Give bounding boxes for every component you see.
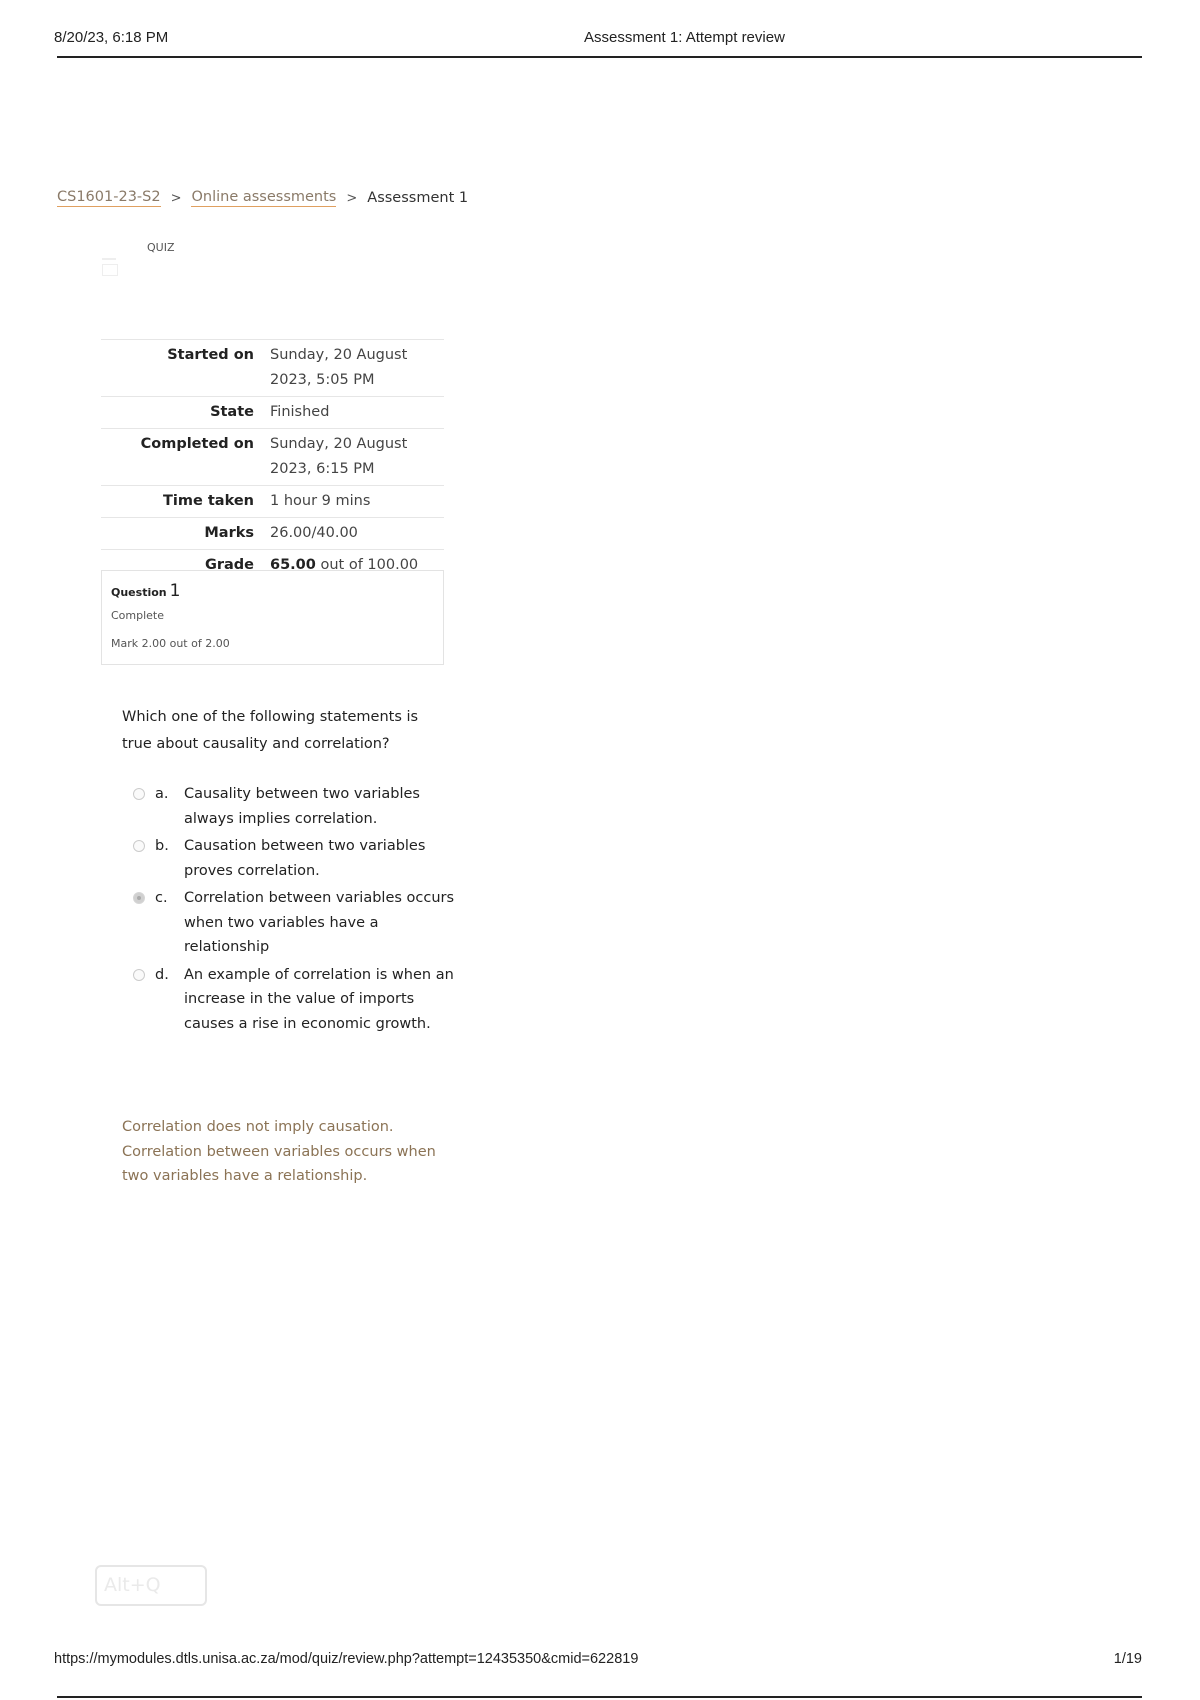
chevron-right-icon: > <box>346 191 357 206</box>
quiz-icon <box>102 258 120 278</box>
chevron-right-icon: > <box>171 191 182 206</box>
summary-value: Sunday, 20 August 2023, 5:05 PM <box>270 340 444 397</box>
answer-list: a. Causality between two variables alway… <box>130 782 460 1039</box>
answer-text: Causality between two variables always i… <box>184 786 420 827</box>
activity-type-label: QUIZ <box>147 241 175 254</box>
page-url: https://mymodules.dtls.unisa.ac.za/mod/q… <box>54 1651 638 1667</box>
question-info-box: Question1 Complete Mark 2.00 out of 2.00 <box>101 570 444 665</box>
radio-button[interactable] <box>133 788 145 800</box>
summary-label: Marks <box>101 518 270 550</box>
answer-letter: a. <box>155 782 169 807</box>
question-number: Question1 <box>111 581 180 601</box>
summary-label: Started on <box>101 340 270 397</box>
answer-letter: b. <box>155 834 169 859</box>
answer-option-a[interactable]: a. Causality between two variables alway… <box>130 782 460 831</box>
question-text: Which one of the following statements is… <box>122 704 442 758</box>
breadcrumb: CS1601-23-S2 > Online assessments > Asse… <box>57 189 468 207</box>
summary-value: Finished <box>270 397 444 429</box>
breadcrumb-online-assessments-link[interactable]: Online assessments <box>191 189 336 207</box>
print-date: 8/20/23, 6:18 PM <box>54 29 168 46</box>
answer-letter: c. <box>155 886 168 911</box>
footer-divider <box>57 1696 1142 1698</box>
question-mark: Mark 2.00 out of 2.00 <box>111 637 230 650</box>
answer-option-b[interactable]: b. Causation between two variables prove… <box>130 834 460 883</box>
breadcrumb-current: Assessment 1 <box>367 190 468 206</box>
summary-row-marks: Marks 26.00/40.00 <box>101 518 444 550</box>
answer-text: An example of correlation is when an inc… <box>184 967 454 1032</box>
summary-label: State <box>101 397 270 429</box>
print-header: 8/20/23, 6:18 PM Assessment 1: Attempt r… <box>54 29 1142 49</box>
breadcrumb-course-link[interactable]: CS1601-23-S2 <box>57 189 161 207</box>
general-feedback: Correlation does not imply causation. Co… <box>122 1115 442 1189</box>
radio-button-selected[interactable] <box>133 892 145 904</box>
question-state: Complete <box>111 609 164 622</box>
question-label: Question <box>111 586 167 599</box>
summary-label: Time taken <box>101 486 270 518</box>
summary-value: Sunday, 20 August 2023, 6:15 PM <box>270 429 444 486</box>
answer-option-c[interactable]: c. Correlation between variables occurs … <box>130 886 460 960</box>
radio-button[interactable] <box>133 840 145 852</box>
answer-letter: d. <box>155 963 169 988</box>
attempt-summary-table: Started on Sunday, 20 August 2023, 5:05 … <box>101 339 444 581</box>
summary-row-time-taken: Time taken 1 hour 9 mins <box>101 486 444 518</box>
summary-row-state: State Finished <box>101 397 444 429</box>
summary-row-started-on: Started on Sunday, 20 August 2023, 5:05 … <box>101 340 444 397</box>
summary-value: 1 hour 9 mins <box>270 486 444 518</box>
header-divider <box>57 56 1142 58</box>
page-number: 1/19 <box>1114 1651 1142 1667</box>
answer-option-d[interactable]: d. An example of correlation is when an … <box>130 963 460 1037</box>
alt-q-shortcut-button[interactable]: Alt+Q <box>95 1565 207 1606</box>
radio-button[interactable] <box>133 969 145 981</box>
summary-value: 26.00/40.00 <box>270 518 444 550</box>
answer-text: Correlation between variables occurs whe… <box>184 890 454 955</box>
question-number-value: 1 <box>170 581 181 601</box>
print-page-title: Assessment 1: Attempt review <box>584 29 785 46</box>
summary-label: Completed on <box>101 429 270 486</box>
summary-row-completed-on: Completed on Sunday, 20 August 2023, 6:1… <box>101 429 444 486</box>
answer-text: Causation between two variables proves c… <box>184 838 425 879</box>
